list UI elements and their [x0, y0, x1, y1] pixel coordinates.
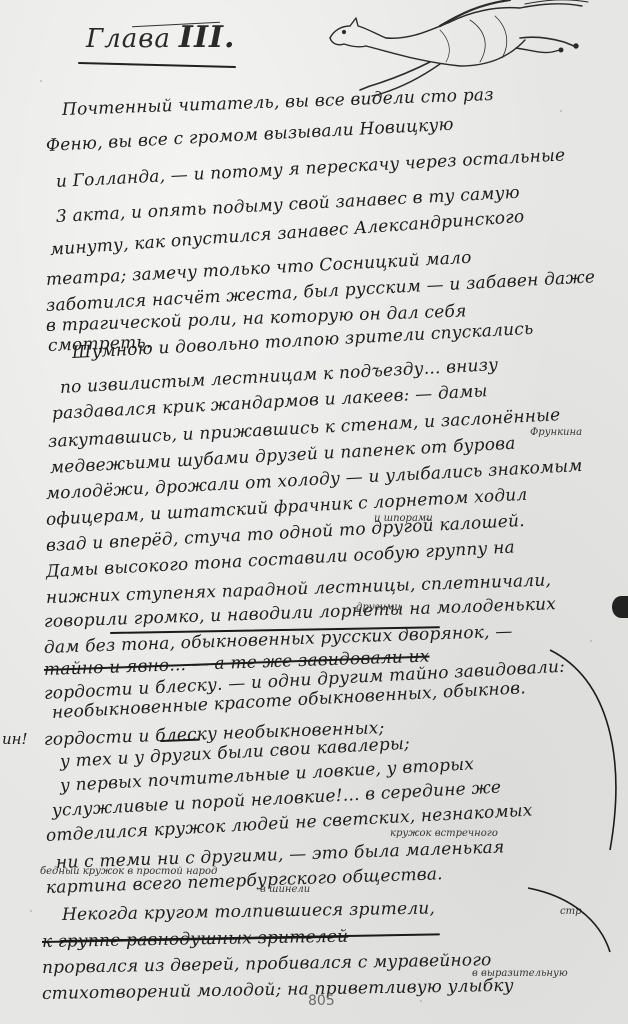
insertion: в шинели — [260, 884, 310, 895]
folio-number: 805 — [308, 993, 335, 1009]
margin-note: ин! — [2, 730, 28, 748]
margin-bracket-curve — [520, 880, 620, 960]
paper-speck — [40, 80, 42, 82]
margin-bracket-curve — [540, 640, 628, 860]
paper-speck — [420, 1000, 422, 1002]
insertion: Фрункина — [530, 427, 582, 438]
paper-speck — [30, 910, 32, 912]
paper-speck — [560, 110, 562, 112]
insertion: другими — [356, 602, 401, 613]
text-line: прорвался из дверей, пробивался с мураве… — [42, 950, 492, 978]
chapter-label: Глава — [86, 24, 171, 54]
ink-blot — [612, 596, 628, 618]
chapter-number: III. — [179, 20, 236, 55]
text-line: стихотворений молодой; на приветливую ул… — [42, 976, 514, 1004]
heading-underline — [78, 62, 236, 68]
insertion: кружок встречного — [390, 828, 498, 839]
insertion: бедный кружок в простой народ — [40, 866, 217, 877]
text-line: Некогда кругом толпившиеся зрители, — [62, 898, 435, 925]
horse-sketch-icon — [320, 0, 590, 100]
insertion: и шпорами — [374, 513, 433, 524]
manuscript-page: ГлаваIII. — [0, 0, 628, 1024]
insertion: в выразительную — [472, 968, 568, 979]
text-line: Феню, вы все с громом вызывали Новицкую — [45, 115, 454, 156]
text-line: Почтенный читатель, вы все видели сто ра… — [62, 85, 494, 120]
